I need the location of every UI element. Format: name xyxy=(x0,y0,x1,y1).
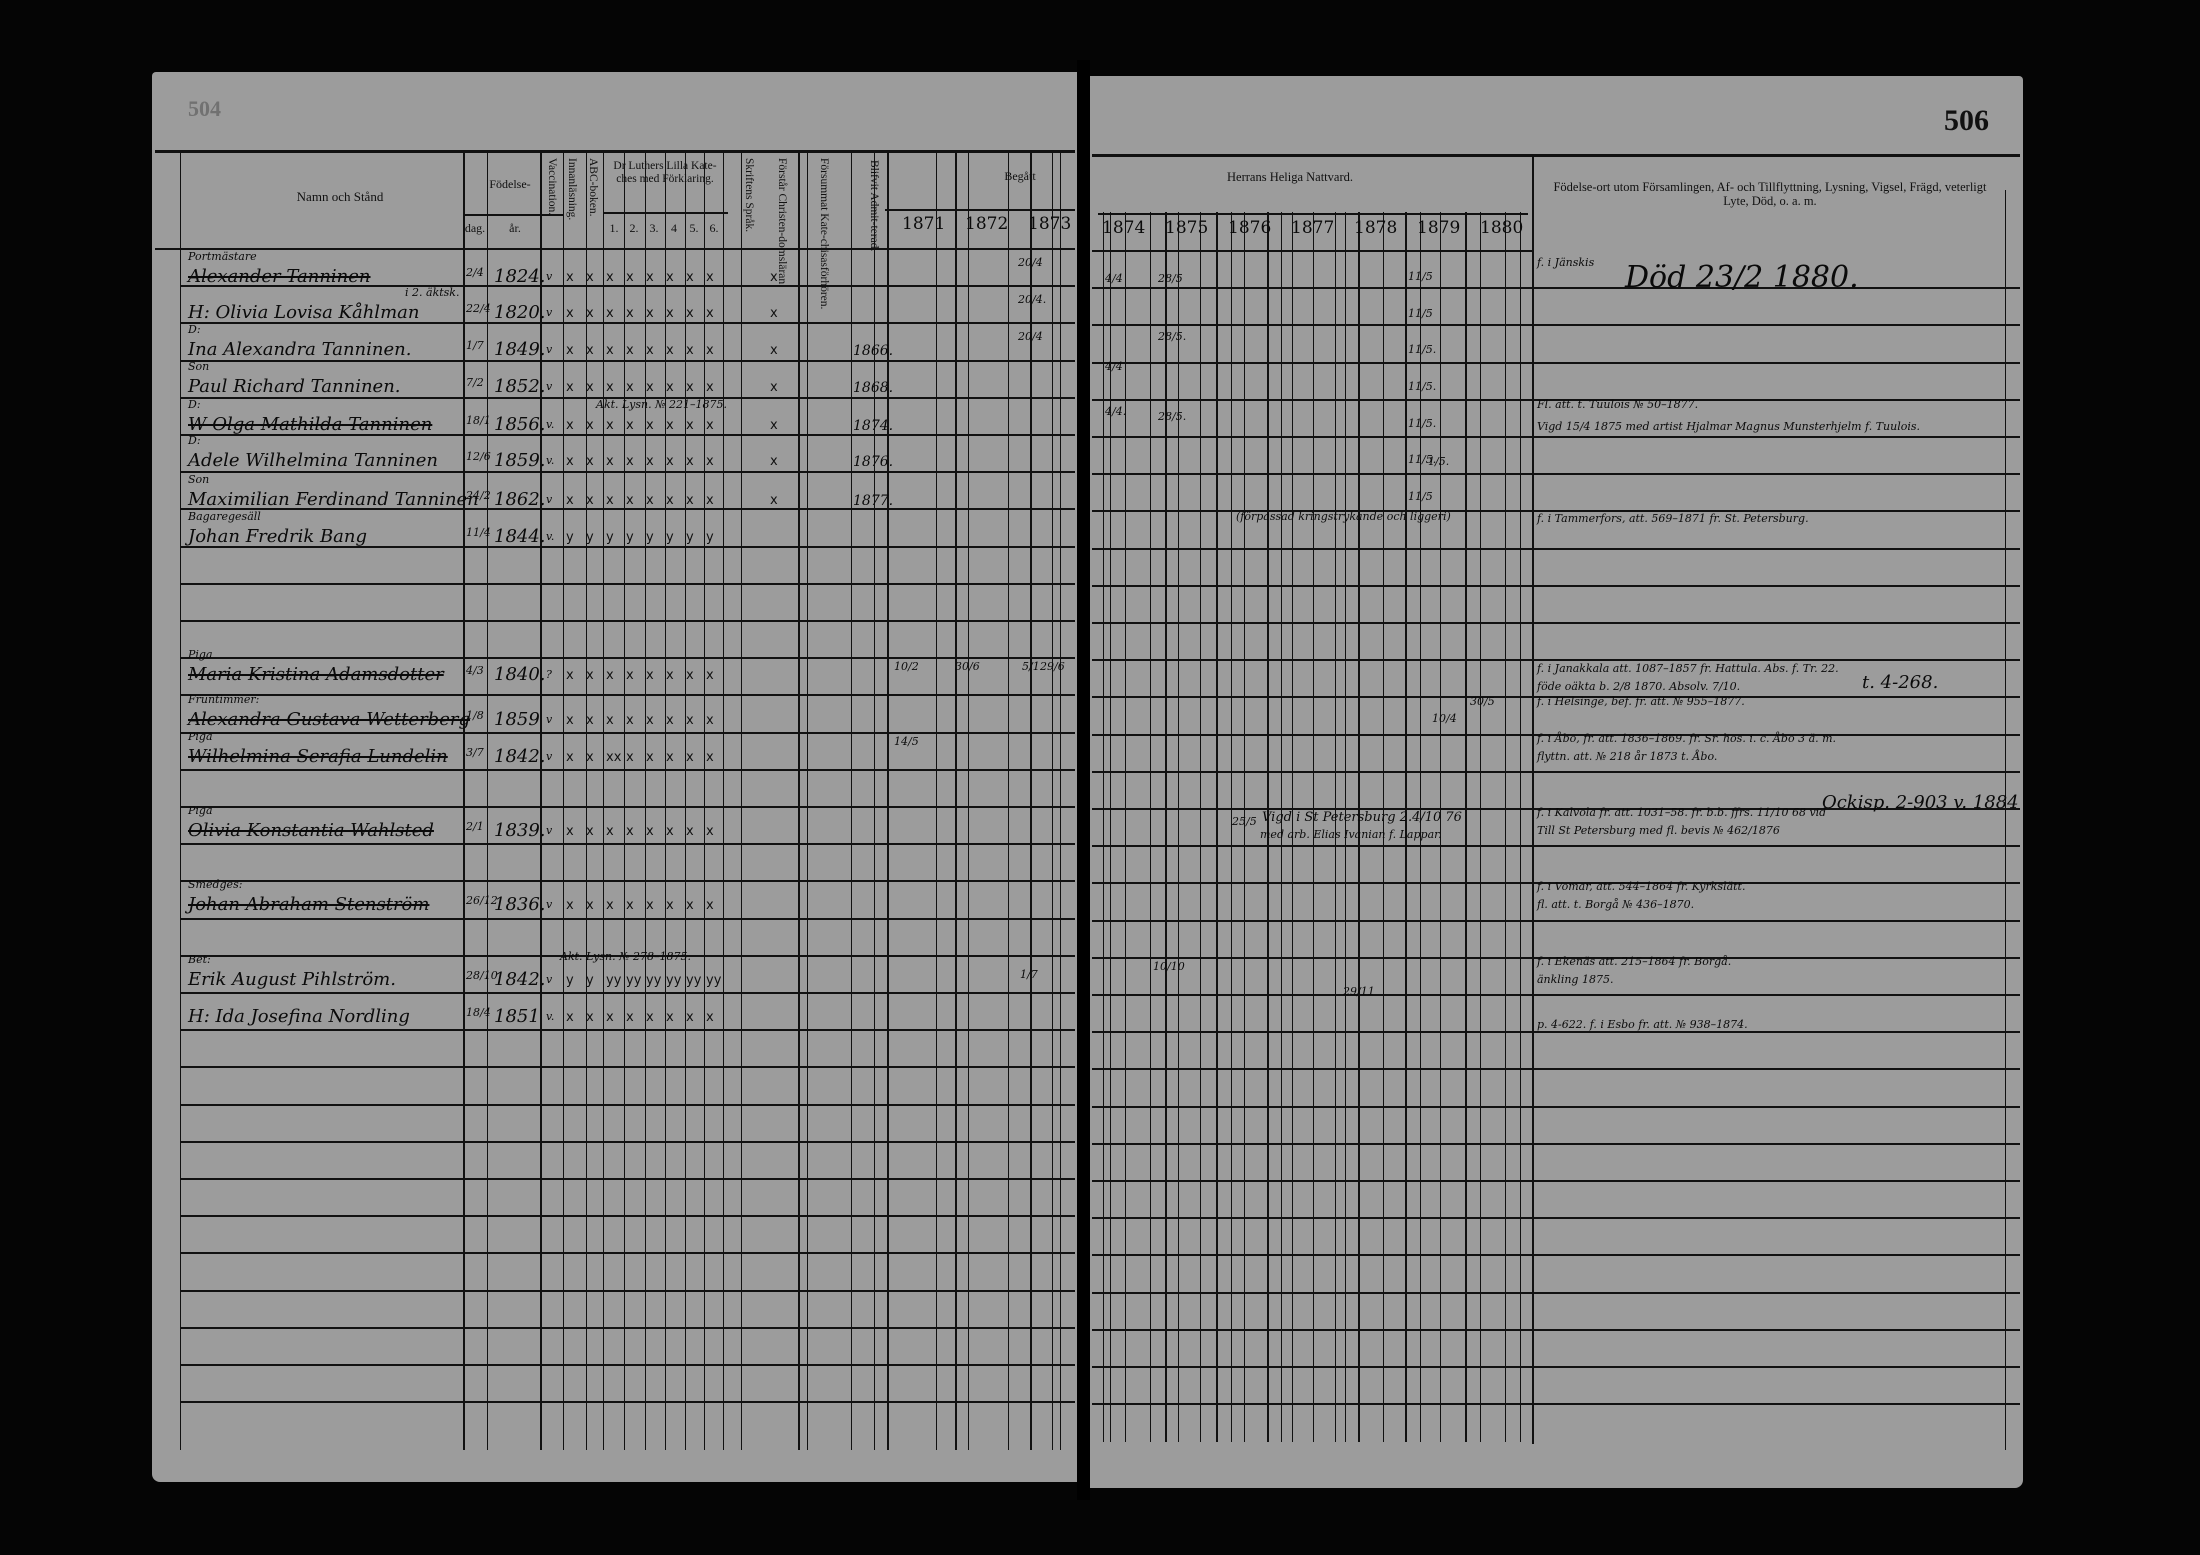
inline-note: Vigd i St Petersburg 2.4/10 76 xyxy=(1262,810,1462,825)
entry-catechism-mark: x xyxy=(706,454,714,469)
header-admitterad: Blifvit Admit-terad. xyxy=(868,160,880,251)
entry-catechism-mark: y xyxy=(606,530,614,545)
entry-catechism-mark: x xyxy=(586,1010,594,1025)
header-year: 1876 xyxy=(1228,218,1271,238)
entry-birth-year: 1842. xyxy=(494,969,546,990)
column-rule xyxy=(603,150,604,1450)
column-rule xyxy=(851,150,852,1450)
remark-text: f. i Janakkala att. 1087–1857 fr. Hattul… xyxy=(1537,662,1839,675)
entry-catechism-mark: yy xyxy=(686,973,701,988)
column-rule xyxy=(936,150,937,1450)
row-rule xyxy=(180,1029,1075,1031)
entry-birth-year: 1859. xyxy=(494,450,546,471)
entry-birth-year: 1840. xyxy=(494,664,546,685)
entry-birth-day: 2/1 xyxy=(466,820,484,833)
entry-catechism-mark: x xyxy=(646,306,654,321)
entry-catechism-mark: x xyxy=(666,306,674,321)
row-rule xyxy=(180,806,1075,808)
header-year: 1877 xyxy=(1291,218,1334,238)
row-rule xyxy=(180,769,1075,771)
entry-vaccination: v xyxy=(546,898,552,911)
entry-catechism-mark: y xyxy=(586,973,594,988)
entry-name: Maria Kristina Adamsdotter xyxy=(188,664,444,685)
entry-catechism-mark: x xyxy=(566,418,574,433)
entry-birth-year: 1856. xyxy=(494,414,546,435)
entry-catechism-mark: y xyxy=(566,973,574,988)
entry-catechism-mark: x xyxy=(626,270,634,285)
row-rule xyxy=(180,1252,1075,1254)
entry-catechism-mark: x xyxy=(606,270,614,285)
header-skriftens-sprak: Skriftens Språk. xyxy=(743,158,755,232)
header-rule xyxy=(155,150,1075,153)
entry-vaccination: v. xyxy=(546,530,554,543)
column-rule xyxy=(1178,212,1179,1442)
communion-mark: 11/5. xyxy=(1408,343,1436,356)
entry-catechism-mark: x xyxy=(606,454,614,469)
entry-catechism-mark: x xyxy=(666,270,674,285)
entry-catechism-mark: x xyxy=(706,493,714,508)
entry-admitted: 1877. xyxy=(853,493,893,509)
entry-catechism-mark: x xyxy=(606,306,614,321)
column-rule xyxy=(1313,212,1314,1442)
entry-catechism-mark: x xyxy=(706,418,714,433)
entry-catechism-mark: x xyxy=(646,418,654,433)
entry-birth-day: 7/2 xyxy=(466,376,484,389)
header-year: 1874 xyxy=(1102,218,1145,238)
row-rule xyxy=(180,1327,1075,1329)
entry-catechism-mark: x xyxy=(686,343,694,358)
remark-text: f. i Åbo, fr. att. 1836–1869. fr. Sr. ho… xyxy=(1537,732,1836,745)
column-rule xyxy=(1480,212,1481,1442)
row-rule xyxy=(180,918,1075,920)
entry-vaccination: v. xyxy=(546,418,554,431)
communion-mark: 5/1 xyxy=(1022,660,1040,673)
entry-birth-day: 2/4 xyxy=(466,266,484,279)
header-catechism-col: 5. xyxy=(684,222,704,236)
entry-catechism-mark: x xyxy=(686,493,694,508)
entry-catechism-mark: x xyxy=(666,454,674,469)
row-rule xyxy=(180,583,1075,585)
entry-title: Bet: xyxy=(188,953,211,966)
header-catechism-col: 3. xyxy=(644,222,664,236)
entry-catechism-mark: x xyxy=(646,750,654,765)
communion-mark: 1/5. xyxy=(1428,455,1449,468)
entry-catechism-mark: x xyxy=(566,898,574,913)
entry-birth-year: 1852. xyxy=(494,376,546,397)
entry-catechism-mark: x xyxy=(626,493,634,508)
entry-catechism-mark: x xyxy=(606,713,614,728)
entry-catechism-mark: x xyxy=(626,380,634,395)
header-birth-year: år. xyxy=(500,222,530,236)
entry-catechism-mark: x xyxy=(626,418,634,433)
communion-mark: 11/5 xyxy=(1408,307,1433,320)
entry-catechism-mark: x xyxy=(706,380,714,395)
entry-catechism-mark: x xyxy=(646,343,654,358)
communion-mark: 28/5. xyxy=(1158,330,1186,343)
entry-catechism-mark: x xyxy=(586,713,594,728)
entry-birth-year: 1836. xyxy=(494,894,546,915)
communion-mark: 11/5. xyxy=(1408,380,1436,393)
communion-mark: 20/4. xyxy=(1018,293,1046,306)
entry-catechism-mark: x xyxy=(706,668,714,683)
entry-forstar-mark: x xyxy=(770,270,778,285)
header-catechism-col: 6. xyxy=(704,222,724,236)
entry-catechism-mark: x xyxy=(586,824,594,839)
column-rule xyxy=(1267,212,1269,1442)
remark-text: Vigd 15/4 1875 med artist Hjalmar Magnus… xyxy=(1537,420,1920,433)
entry-catechism-mark: y xyxy=(706,530,714,545)
entry-name: Maximilian Ferdinand Tanninen xyxy=(188,489,479,510)
entry-title: Son xyxy=(188,473,209,486)
book-gutter xyxy=(1077,60,1090,1500)
entry-birth-year: 1849. xyxy=(494,339,546,360)
entry-catechism-mark: x xyxy=(626,898,634,913)
column-rule xyxy=(1150,212,1151,1442)
entry-title: Portmästare xyxy=(188,250,257,263)
entry-catechism-mark: x xyxy=(626,1010,634,1025)
column-rule xyxy=(1335,212,1336,1442)
entry-catechism-mark: x xyxy=(706,270,714,285)
entry-catechism-mark: x xyxy=(646,270,654,285)
entry-catechism-mark: x xyxy=(686,454,694,469)
entry-vaccination: v xyxy=(546,973,552,986)
entry-name: W Olga Mathilda Tanninen xyxy=(188,414,432,435)
column-rule xyxy=(1200,212,1201,1442)
communion-mark: 29/11 xyxy=(1343,985,1375,998)
entry-catechism-mark: x xyxy=(626,824,634,839)
entry-name: Erik August Pihlström. xyxy=(188,969,396,990)
entry-catechism-mark: x xyxy=(566,1010,574,1025)
header-remarks: Födelse-ort utom Församlingen, Af- och T… xyxy=(1540,180,2000,209)
entry-vaccination: ? xyxy=(546,668,552,681)
entry-birth-year: 1851 xyxy=(494,1006,540,1027)
header-forstar: Förstår Christen-domsläran. xyxy=(776,158,788,287)
entry-catechism-mark: x xyxy=(646,668,654,683)
entry-catechism-mark: x xyxy=(666,713,674,728)
entry-birth-day: 3/7 xyxy=(466,746,484,759)
entry-catechism-mark: x xyxy=(646,454,654,469)
entry-title: Bagaregesäll xyxy=(188,510,261,523)
entry-title: Piga xyxy=(188,730,213,743)
entry-catechism-mark: x xyxy=(666,824,674,839)
entry-birth-day: 24/2 xyxy=(466,489,491,502)
remark-text: flyttn. att. № 218 år 1873 t. Åbo. xyxy=(1537,750,1717,763)
row-rule xyxy=(180,1401,1075,1403)
column-rule xyxy=(1345,212,1346,1442)
entry-catechism-mark: x xyxy=(686,713,694,728)
entry-birth-day: 26/12 xyxy=(466,894,498,907)
entry-vaccination: v xyxy=(546,493,552,506)
communion-mark: 10/2 xyxy=(894,660,919,673)
right-margin-rule xyxy=(2005,190,2006,1450)
remark-death: Död 23/2 1880. xyxy=(1625,260,1859,295)
page-number: 506 xyxy=(1944,104,2178,138)
header-nattvard: Herrans Heliga Nattvard. xyxy=(1170,170,1410,184)
entry-vaccination: v. xyxy=(546,454,554,467)
header-catechism-col: 4 xyxy=(664,222,684,236)
entry-birth-day: 1/8 xyxy=(466,709,484,722)
remark-text: f. i Ekenäs att. 215–1864 fr. Borgå. xyxy=(1537,955,1731,968)
communion-mark: 10/4 xyxy=(1432,712,1457,725)
entry-birth-day: 12/6 xyxy=(466,450,491,463)
entry-catechism-mark: x xyxy=(606,418,614,433)
entry-catechism-mark: x xyxy=(646,493,654,508)
entry-catechism-mark: x xyxy=(666,343,674,358)
row-rule xyxy=(180,732,1075,734)
column-rule xyxy=(624,150,625,1450)
entry-vaccination: v xyxy=(546,713,552,726)
entry-catechism-mark: x xyxy=(586,343,594,358)
column-rule xyxy=(1520,212,1521,1442)
communion-mark: 11/5 xyxy=(1408,270,1433,283)
column-rule xyxy=(1165,212,1167,1442)
entry-forstar-mark: x xyxy=(770,493,778,508)
header-catechism-col: 2. xyxy=(624,222,644,236)
entry-birth-year: 1824. xyxy=(494,266,546,287)
header-year: 1872 xyxy=(965,214,1008,234)
row-rule xyxy=(180,992,1075,994)
entry-catechism-mark: y xyxy=(686,530,694,545)
communion-mark: 29/6 xyxy=(1040,660,1065,673)
entry-catechism-mark: x xyxy=(686,668,694,683)
entry-catechism-mark: x xyxy=(686,418,694,433)
entry-catechism-mark: x xyxy=(566,750,574,765)
entry-title: Fruntimmer: xyxy=(188,693,259,706)
entry-title: Son xyxy=(188,360,209,373)
row-rule xyxy=(180,1178,1075,1180)
header-vaccination: Vaccination. xyxy=(546,158,558,215)
entry-catechism-mark: yy xyxy=(606,973,621,988)
header-name: Namn och Stånd xyxy=(260,190,420,205)
column-rule xyxy=(741,150,742,1450)
entry-catechism-mark: x xyxy=(566,306,574,321)
entry-catechism-mark: x xyxy=(626,343,634,358)
entry-catechism-mark: x xyxy=(686,1010,694,1025)
entry-catechism-mark: x xyxy=(566,713,574,728)
column-rule xyxy=(704,150,705,1450)
entry-name: Wilhelmina Serafia Lundelin xyxy=(188,746,448,767)
entry-catechism-mark: x xyxy=(646,824,654,839)
entry-vaccination: v xyxy=(546,343,552,356)
row-rule xyxy=(180,1215,1075,1217)
row-rule xyxy=(180,880,1075,882)
entry-name: Ina Alexandra Tanninen. xyxy=(188,339,411,360)
header-year: 1879 xyxy=(1417,218,1460,238)
entry-catechism-mark: x xyxy=(626,750,634,765)
header-birth: Födelse- xyxy=(470,178,550,192)
communion-mark: 20/4 xyxy=(1018,330,1043,343)
inline-note: med arb. Elias Ivanian f. Lappar. xyxy=(1260,828,1442,841)
row-rule xyxy=(180,1141,1075,1143)
entry-catechism-mark: x xyxy=(566,493,574,508)
header-year: 1880 xyxy=(1480,218,1523,238)
entry-catechism-mark: x xyxy=(646,713,654,728)
entry-vaccination: v xyxy=(546,750,552,763)
remark-text: änkling 1875. xyxy=(1537,973,1613,986)
row-rule xyxy=(180,1066,1075,1068)
entry-catechism-mark: x xyxy=(566,343,574,358)
entry-catechism-mark: x xyxy=(606,668,614,683)
column-rule xyxy=(723,150,724,1450)
entry-name: H: Ida Josefina Nordling xyxy=(188,1006,410,1027)
communion-mark: 1/7 xyxy=(1020,968,1038,981)
entry-birth-year: 1842. xyxy=(494,746,546,767)
remark-text: Fl. att. t. Tuulois № 50–1877. xyxy=(1537,398,1698,411)
entry-catechism-mark: x xyxy=(666,380,674,395)
entry-catechism-mark: yy xyxy=(626,973,641,988)
entry-catechism-mark: x xyxy=(586,454,594,469)
column-rule xyxy=(1281,212,1282,1442)
communion-mark: 4/4 xyxy=(1105,360,1123,373)
column-rule xyxy=(1505,212,1506,1442)
entry-vaccination: v. xyxy=(546,1010,554,1023)
entry-note: i 2. äktsk. xyxy=(405,286,459,299)
column-rule xyxy=(1103,212,1104,1442)
row-rule xyxy=(180,471,1075,473)
entry-catechism-mark: y xyxy=(566,530,574,545)
entry-admitted: 1868. xyxy=(853,380,893,396)
communion-mark: 28/5 xyxy=(1158,272,1183,285)
entry-catechism-mark: x xyxy=(626,668,634,683)
entry-catechism-mark: x xyxy=(606,824,614,839)
entry-birth-year: 1839. xyxy=(494,820,546,841)
entry-catechism-mark: x xyxy=(566,380,574,395)
entry-catechism-mark: x xyxy=(606,898,614,913)
entry-admitted: 1876. xyxy=(853,454,893,470)
header-year: 1873 xyxy=(1028,214,1071,234)
header-birth-day: dag. xyxy=(463,222,487,236)
communion-mark: 14/5 xyxy=(894,735,919,748)
column-rule xyxy=(955,150,957,1450)
entry-title: D: xyxy=(188,398,201,411)
entry-catechism-mark: x xyxy=(686,824,694,839)
header-year: 1875 xyxy=(1165,218,1208,238)
entry-catechism-mark: x xyxy=(566,668,574,683)
remark-text: föde oäkta b. 2/8 1870. Absolv. 7/10. xyxy=(1537,680,1740,693)
entry-catechism-mark: x xyxy=(606,343,614,358)
entry-birth-year: 1859 xyxy=(494,709,540,730)
entry-forstar-mark: x xyxy=(770,380,778,395)
column-rule xyxy=(807,150,808,1450)
column-rule xyxy=(1125,212,1126,1442)
column-rule xyxy=(1358,212,1360,1442)
column-rule xyxy=(798,150,800,1450)
communion-mark: 30/5 xyxy=(1470,695,1495,708)
entry-birth-day: 1/7 xyxy=(466,339,484,352)
header-catechism-col: 1. xyxy=(604,222,624,236)
column-rule xyxy=(180,150,181,1450)
remark-text: fl. att. t. Borgå № 436–1870. xyxy=(1537,898,1694,911)
column-rule xyxy=(487,150,488,1450)
entry-birth-day: 18/1 xyxy=(466,414,491,427)
entry-catechism-mark: y xyxy=(626,530,634,545)
entry-catechism-mark: x xyxy=(586,418,594,433)
entry-birth-day: 22/4 xyxy=(466,302,491,315)
remark-text: f. i Jänskis xyxy=(1537,256,1594,269)
column-rule xyxy=(1292,212,1293,1442)
entry-catechism-mark: x xyxy=(666,668,674,683)
entry-catechism-mark: x xyxy=(706,1010,714,1025)
entry-name: Olivia Konstantia Wahlsted xyxy=(188,820,434,841)
entry-catechism-mark: yy xyxy=(646,973,661,988)
column-rule xyxy=(1405,212,1407,1442)
entry-catechism-mark: x xyxy=(626,713,634,728)
entry-catechism-mark: x xyxy=(706,713,714,728)
remarks-column-rule xyxy=(1532,154,1534,1444)
entry-catechism-mark: x xyxy=(666,493,674,508)
header-year: 1871 xyxy=(902,214,945,234)
entry-catechism-mark: x xyxy=(706,306,714,321)
entry-catechism-mark: yy xyxy=(666,973,681,988)
entry-catechism-mark: x xyxy=(566,824,574,839)
entry-catechism-mark: x xyxy=(686,380,694,395)
entry-birth-day: 28/10 xyxy=(466,969,498,982)
header-year: 1878 xyxy=(1354,218,1397,238)
remark-side-note: t. 4-268. xyxy=(1862,672,1938,693)
header-begatt: Begått xyxy=(990,170,1050,184)
entry-catechism-mark: x xyxy=(706,898,714,913)
entry-catechism-mark: x xyxy=(586,380,594,395)
entry-forstar-mark: x xyxy=(770,343,778,358)
entry-title: Smedges: xyxy=(188,878,242,891)
lysning-note: Akt. Lysn. № 221–1875. xyxy=(596,398,727,411)
entry-catechism-mark: x xyxy=(586,668,594,683)
header-rule xyxy=(1092,154,2020,157)
remark-text: f. i Vomar, att. 544–1864 fr. Kyrkslätt. xyxy=(1537,880,1745,893)
entry-catechism-mark: x xyxy=(686,750,694,765)
entry-catechism-mark: x xyxy=(666,750,674,765)
entry-catechism-mark: x xyxy=(586,493,594,508)
header-forsummat: Försummat Kate-chisasförhören. xyxy=(818,158,830,309)
column-rule xyxy=(1030,150,1032,1450)
entry-catechism-mark: x xyxy=(646,380,654,395)
entry-catechism-mark: x xyxy=(626,306,634,321)
column-rule xyxy=(1216,212,1218,1442)
entry-title: Piga xyxy=(188,648,213,661)
entry-name: H: Olivia Lovisa Kåhlman xyxy=(188,302,419,323)
entry-vaccination: v xyxy=(546,824,552,837)
communion-mark: 4/4. xyxy=(1105,405,1126,418)
entry-forstar-mark: x xyxy=(770,418,778,433)
entry-vaccination: v xyxy=(546,380,552,393)
entry-name: Alexandra Gustava Wetterberg xyxy=(188,709,470,730)
entry-catechism-mark: x xyxy=(626,454,634,469)
entry-catechism-mark: x xyxy=(586,898,594,913)
inline-note: (förpassad kringstrykande och liggeri) xyxy=(1236,510,1451,523)
communion-mark: 4/4 xyxy=(1105,272,1123,285)
row-rule xyxy=(180,1104,1075,1106)
entry-catechism-mark: x xyxy=(706,343,714,358)
row-rule xyxy=(180,694,1075,696)
entry-title: Piga xyxy=(188,804,213,817)
header-abc: ABC-boken. xyxy=(587,158,599,216)
entry-forstar-mark: x xyxy=(770,454,778,469)
remark-text: f. i Helsinge, bef. fr. att. № 955–1877. xyxy=(1537,695,1745,708)
column-rule xyxy=(1440,212,1441,1442)
entry-catechism-mark: y xyxy=(666,530,674,545)
entry-catechism-mark: x xyxy=(686,306,694,321)
entry-catechism-mark: xx xyxy=(606,750,621,765)
entry-catechism-mark: x xyxy=(566,270,574,285)
remark-text: Till St Petersburg med fl. bevis № 462/1… xyxy=(1537,824,1780,837)
communion-mark: 20/4 xyxy=(1018,256,1043,269)
entry-catechism-mark: x xyxy=(646,1010,654,1025)
entry-catechism-mark: x xyxy=(586,750,594,765)
column-rule xyxy=(1383,212,1384,1442)
column-rule xyxy=(1465,212,1467,1442)
row-rule xyxy=(180,843,1075,845)
column-rule xyxy=(1420,212,1421,1442)
